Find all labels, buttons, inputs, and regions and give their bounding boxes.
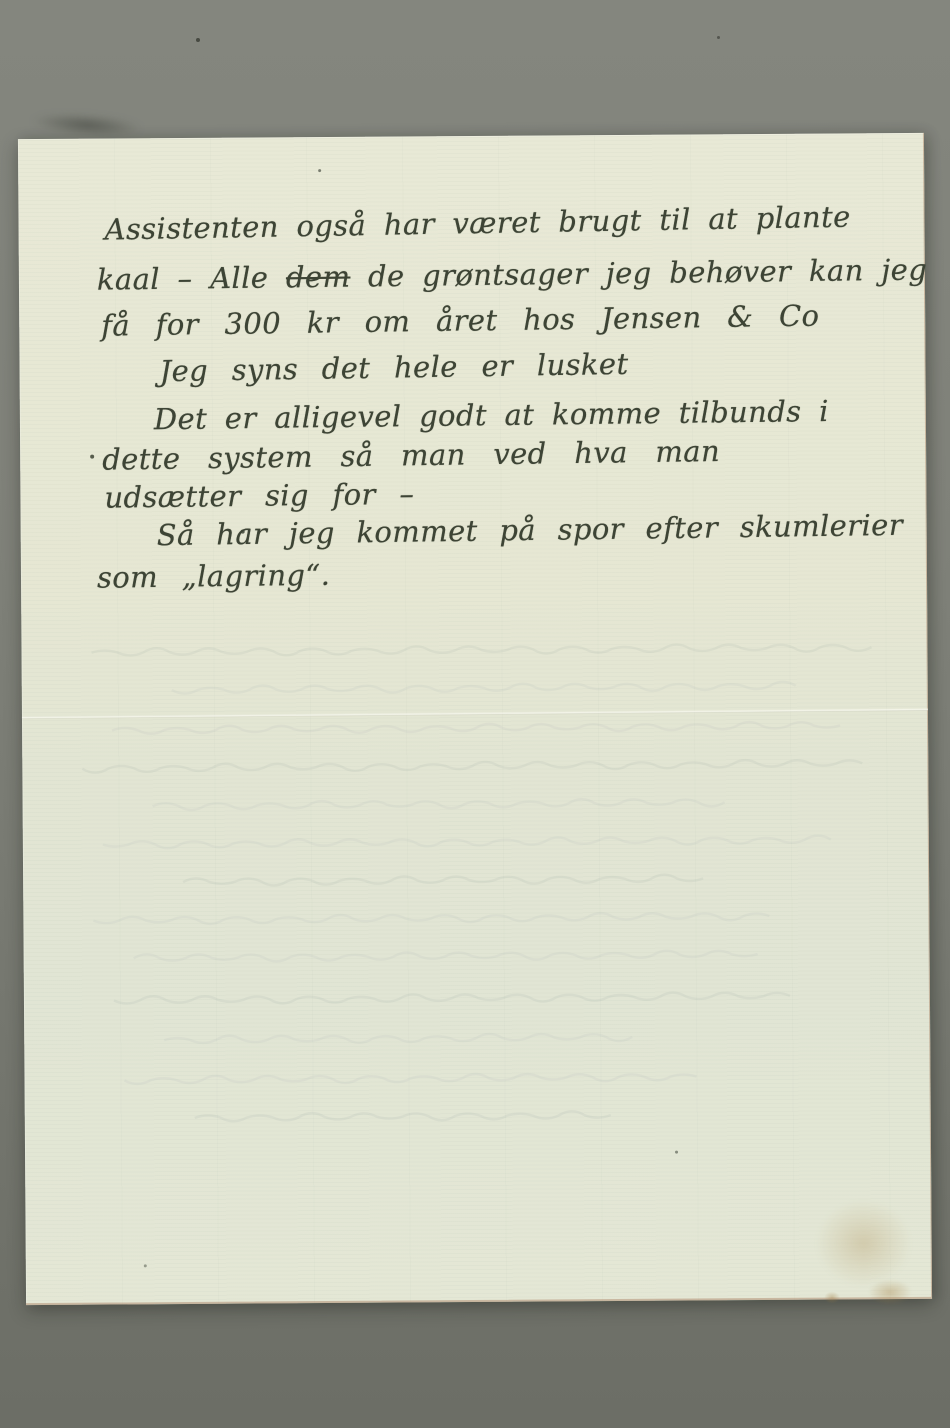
paper-speck bbox=[675, 1151, 678, 1154]
handwritten-text-block: Assistenten også har været brugt til at … bbox=[18, 133, 932, 1305]
paper-speck bbox=[144, 1264, 147, 1267]
ink-dot bbox=[90, 455, 94, 459]
handwriting-text: udsætter sig for – bbox=[104, 477, 414, 515]
handwriting-line-2: kaal – Alle dem de grøntsager jeg behøve… bbox=[97, 252, 928, 296]
handwriting-text: kaal – Alle bbox=[97, 260, 286, 296]
photo-background: Assistenten også har været brugt til at … bbox=[0, 0, 950, 1428]
paper-speck bbox=[318, 169, 321, 172]
struck-word: dem bbox=[286, 260, 351, 295]
handwriting-line-6: dette system så man ved hva man bbox=[102, 434, 720, 477]
handwriting-text: de grøntsager jeg behøver kan jeg bbox=[350, 252, 927, 293]
handwriting-text: dette system så man ved hva man bbox=[102, 434, 720, 477]
handwriting-text: som „lagring“. bbox=[97, 558, 331, 595]
stain-mark bbox=[868, 1279, 912, 1305]
ink-dot bbox=[241, 530, 245, 534]
background-speck bbox=[196, 38, 200, 42]
handwriting-line-8: Så har jeg kommet på spor efter skumleri… bbox=[156, 508, 903, 552]
handwriting-text: Assistenten også har været brugt til at … bbox=[104, 200, 851, 247]
handwriting-line-4: Jeg syns det hele er lusket bbox=[159, 347, 628, 388]
stain-mark bbox=[824, 1291, 840, 1303]
handwriting-line-5: Det er alligevel godt at komme tilbunds … bbox=[154, 394, 829, 436]
letter-page: Assistenten også har været brugt til at … bbox=[18, 133, 932, 1305]
stain-mark bbox=[815, 1199, 912, 1288]
handwriting-text: Så har jeg kommet på spor efter skumleri… bbox=[156, 508, 903, 552]
handwriting-text: Jeg syns det hele er lusket bbox=[159, 347, 628, 388]
background-speck bbox=[717, 36, 720, 39]
handwriting-text: få for 300 kr om året hos Jensen & Co bbox=[101, 299, 820, 343]
handwriting-line-9: som „lagring“. bbox=[97, 558, 331, 595]
handwriting-line-3: få for 300 kr om året hos Jensen & Co bbox=[101, 299, 820, 343]
handwriting-line-7: udsætter sig for – bbox=[104, 477, 414, 515]
handwriting-text: Det er alligevel godt at komme tilbunds … bbox=[154, 394, 829, 436]
handwriting-line-1: Assistenten også har været brugt til at … bbox=[104, 200, 851, 247]
